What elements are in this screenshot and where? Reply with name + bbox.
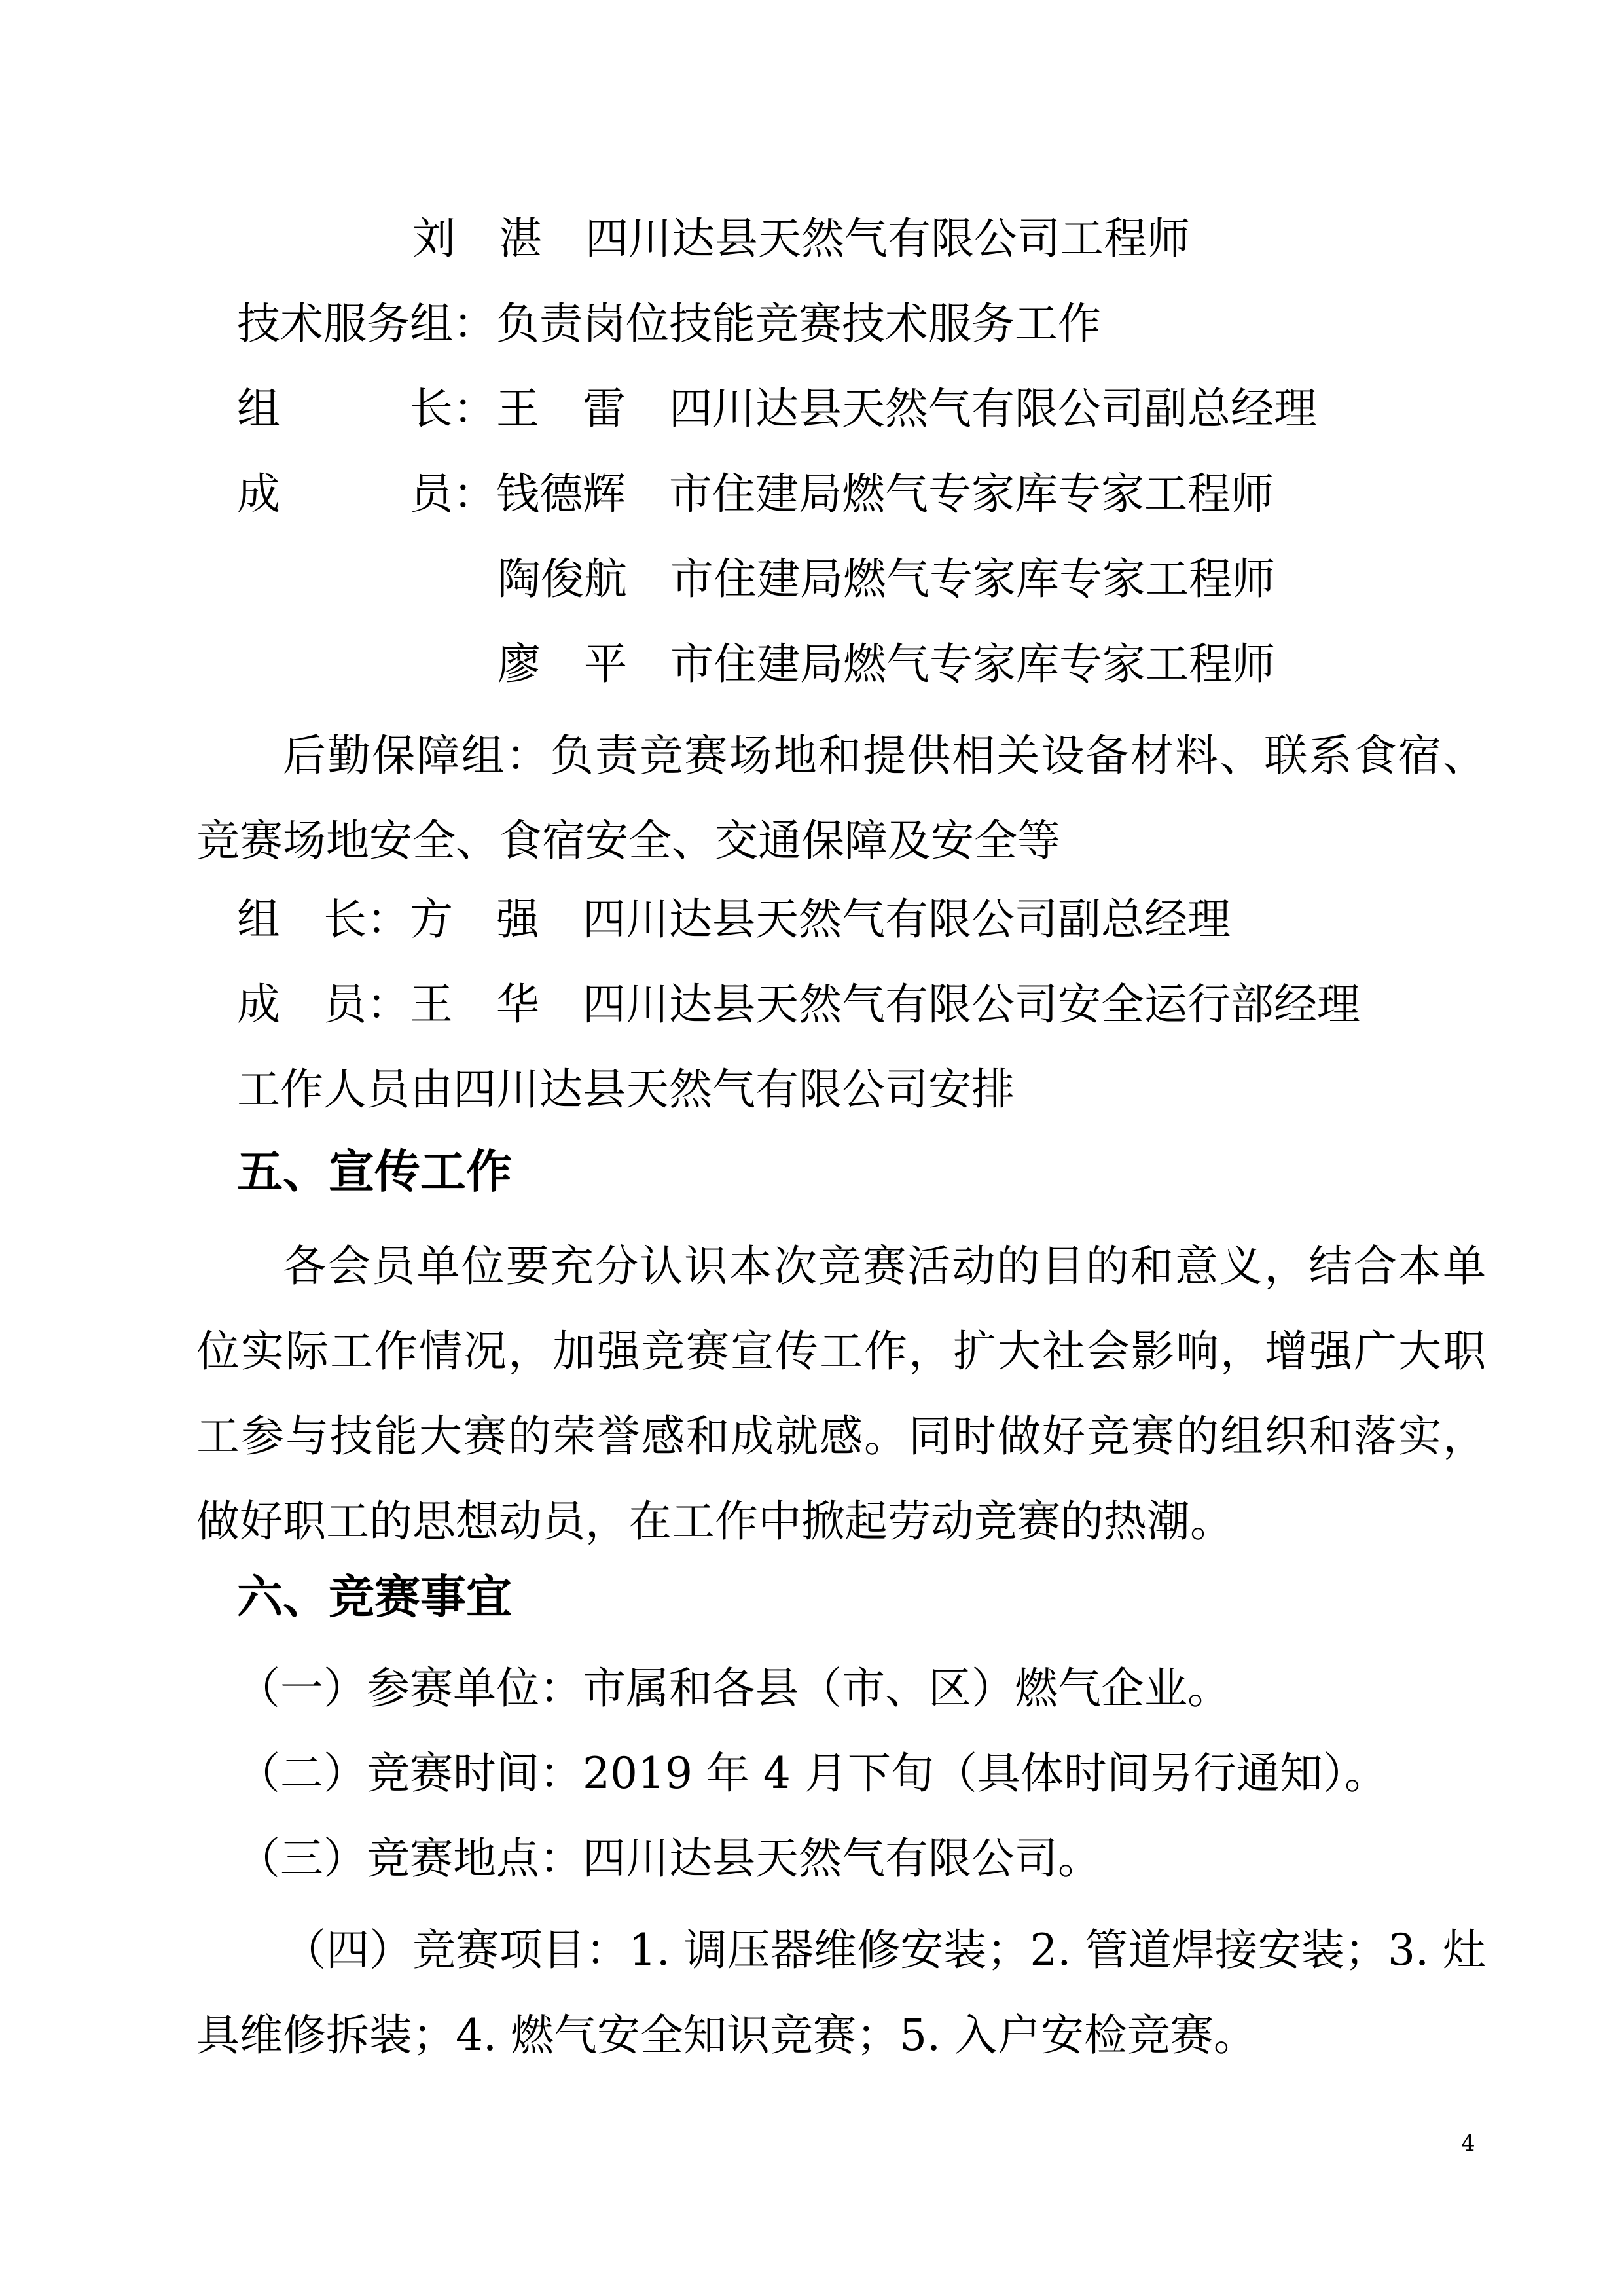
tech-group-member-1: 成 员：钱德辉 市住建局燃气专家库专家工程师: [237, 468, 1274, 520]
section-5-body: 各会员单位要充分认识本次竞赛活动的目的和意义，结合本单位实际工作情况，加强竞赛宣…: [196, 1224, 1486, 1564]
tech-group-member-2: 陶俊航 市住建局燃气专家库专家工程师: [497, 553, 1275, 605]
tech-group-leader: 组 长：王 雷 四川达县天然气有限公司副总经理: [237, 383, 1317, 435]
page-number: 4: [1461, 2130, 1475, 2157]
section-6-item-1: （一）参赛单位：市属和各县（市、区）燃气企业。: [237, 1662, 1231, 1715]
section-6-item-2: （二）竞赛时间：2019 年 4 月下旬（具体时间另行通知）。: [237, 1748, 1388, 1800]
logistics-group-member: 成 员：王 华 四川达县天然气有限公司安全运行部经理: [237, 978, 1360, 1031]
section-6-heading: 六、竞赛事宜: [237, 1571, 512, 1623]
tech-service-group: 技术服务组：负责岗位技能竞赛技术服务工作: [237, 298, 1101, 350]
section-5-heading: 五、宣传工作: [237, 1145, 512, 1198]
logistics-group: 后勤保障组：负责竞赛场地和提供相关设备材料、联系食宿、竞赛场地安全、食宿安全、交…: [196, 713, 1486, 884]
section-6-item-4: （四）竞赛项目：1. 调压器维修安装；2. 管道焊接安装；3. 灶具维修拆装；4…: [196, 1908, 1486, 2078]
section-6-item-3: （三）竞赛地点：四川达县天然气有限公司。: [237, 1833, 1101, 1885]
logistics-group-leader: 组 长：方 强 四川达县天然气有限公司副总经理: [237, 893, 1231, 946]
tech-group-member-3: 廖 平 市住建局燃气专家库专家工程师: [497, 638, 1275, 691]
member-liu-zhan: 刘 湛 四川达县天然气有限公司工程师: [412, 213, 1190, 265]
staff-arrangement: 工作人员由四川达县天然气有限公司安排: [237, 1064, 1015, 1116]
